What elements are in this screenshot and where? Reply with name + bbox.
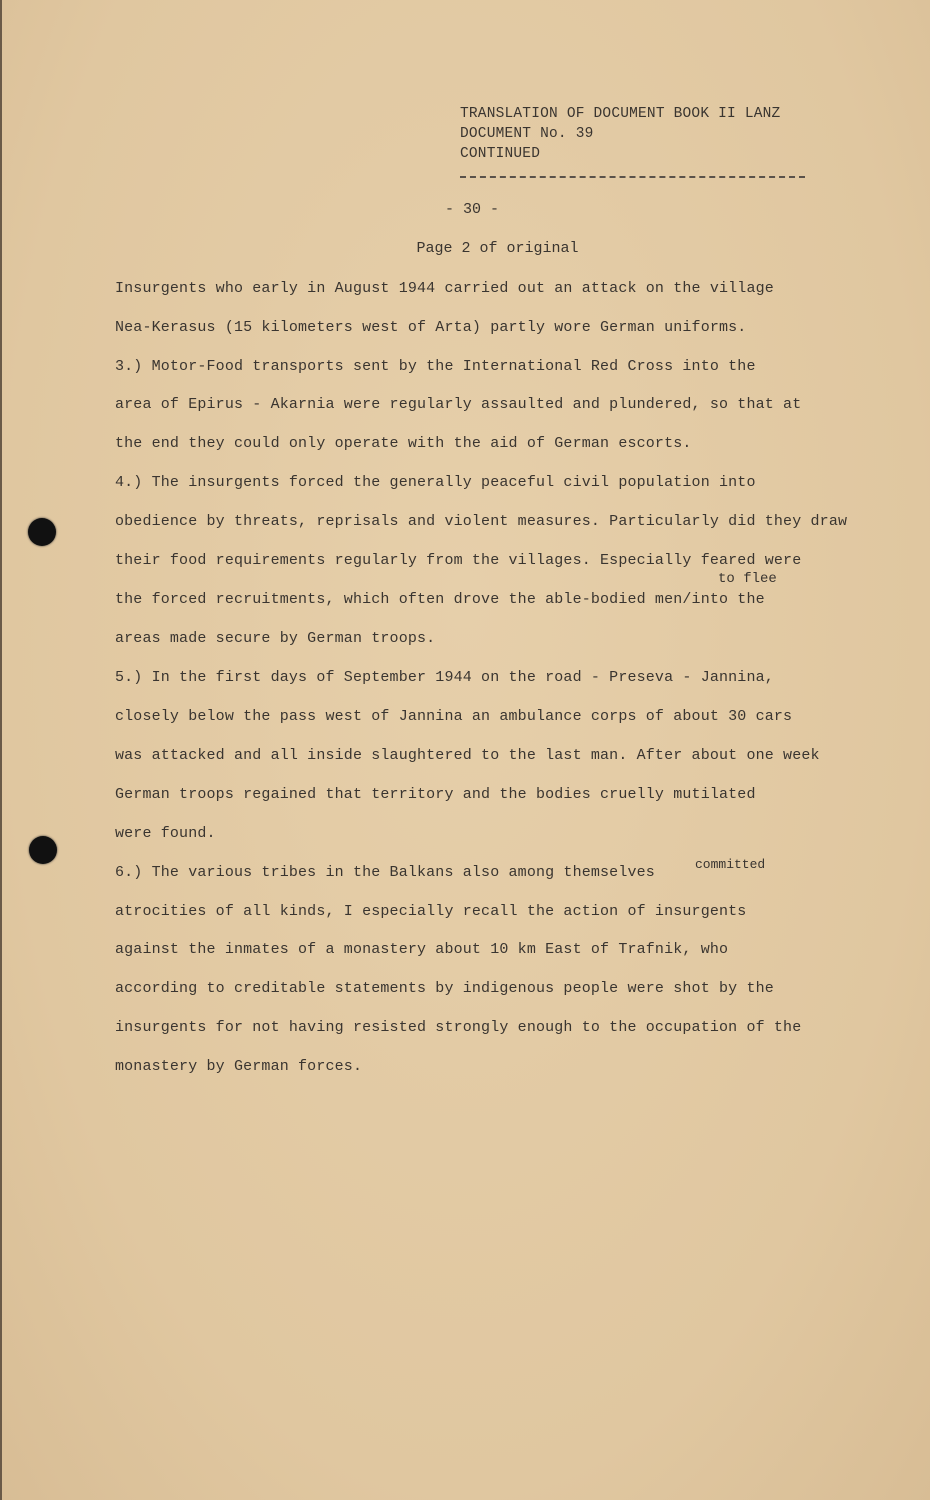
body-line: areas made secure by German troops. [115, 630, 435, 647]
body-line: were found. [115, 825, 216, 842]
body-line: German troops regained that territory an… [115, 786, 756, 803]
header-title: TRANSLATION OF DOCUMENT BOOK II LANZ [460, 104, 805, 124]
body-line: the end they could only operate with the… [115, 435, 692, 452]
header-rule [460, 176, 805, 178]
punch-hole [28, 518, 56, 546]
body-line: the forced recruitments, which often dro… [115, 591, 765, 608]
body-line: against the inmates of a monastery about… [115, 941, 728, 958]
header-continued: CONTINUED [460, 144, 805, 164]
body-line: area of Epirus - Akarnia were regularly … [115, 396, 801, 413]
original-page-label: Page 2 of original [0, 240, 930, 257]
body-line: their food requirements regularly from t… [115, 552, 801, 569]
body-line: obedience by threats, reprisals and viol… [115, 513, 847, 530]
body-line: according to creditable statements by in… [115, 980, 774, 997]
header-document-number: DOCUMENT No. 39 [460, 124, 805, 144]
body-line: Insurgents who early in August 1944 carr… [115, 280, 774, 297]
body-line: 5.) In the first days of September 1944 … [115, 669, 774, 686]
document-page: TRANSLATION OF DOCUMENT BOOK II LANZ DOC… [0, 0, 930, 1500]
body-line: monastery by German forces. [115, 1058, 362, 1075]
page-edge [0, 0, 2, 1500]
punch-hole [29, 836, 57, 864]
interlinear-insertion: committed [695, 857, 765, 872]
body-line: Nea-Kerasus (15 kilometers west of Arta)… [115, 319, 746, 336]
page-number: - 30 - [0, 201, 930, 218]
body-line: atrocities of all kinds, I especially re… [115, 903, 746, 920]
body-line: 6.) The various tribes in the Balkans al… [115, 864, 655, 881]
body-line: was attacked and all inside slaughtered … [115, 747, 820, 764]
body-line: insurgents for not having resisted stron… [115, 1019, 801, 1036]
body-line: closely below the pass west of Jannina a… [115, 708, 792, 725]
body-line: 3.) Motor-Food transports sent by the In… [115, 358, 756, 375]
document-header: TRANSLATION OF DOCUMENT BOOK II LANZ DOC… [460, 104, 805, 178]
interlinear-insertion: to flee [718, 571, 777, 587]
body-line: 4.) The insurgents forced the generally … [115, 474, 756, 491]
